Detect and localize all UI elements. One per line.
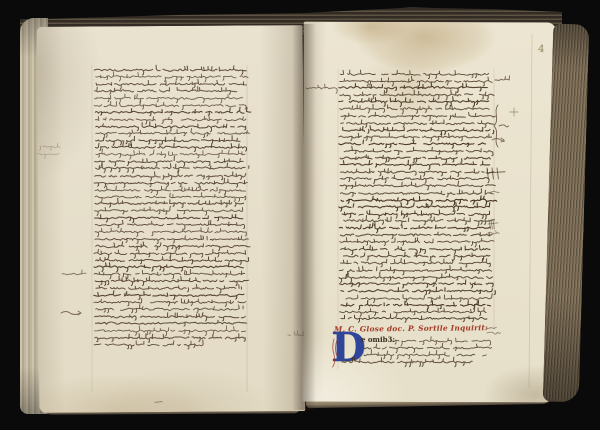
book-gutter	[292, 24, 316, 410]
incipit-text: e omib3:	[361, 335, 395, 344]
manuscript-photo: 4 M. C. Glose doc. P. Sortile Inquirit: …	[0, 0, 600, 430]
folio-number: 4	[538, 44, 545, 55]
left-manuscript-page	[37, 25, 306, 413]
